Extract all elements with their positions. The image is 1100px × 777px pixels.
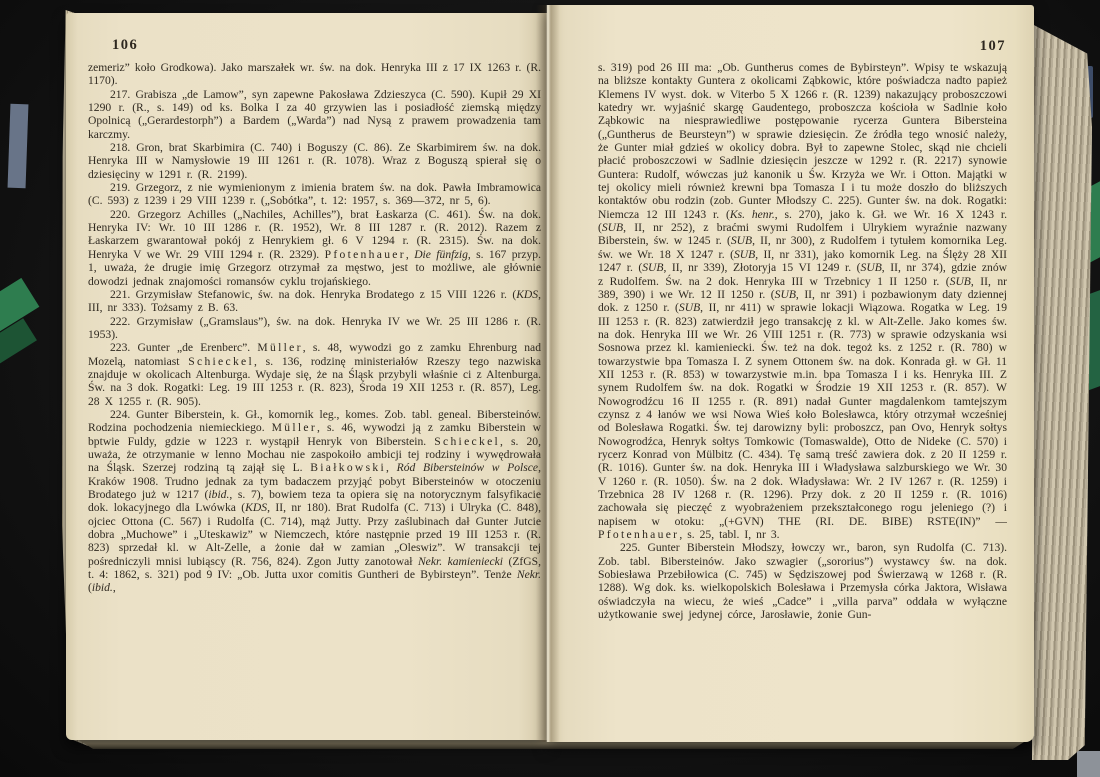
paragraph: s. 319) pod 26 III ma: „Ob. Guntherus co…: [598, 61, 1007, 541]
gray-tab-bottom-right: [1077, 751, 1100, 777]
left-page: 106 zemeriz” koło Grodkowa). Jako marsza…: [66, 13, 547, 740]
paragraph: 218. Gron, brat Skarbimira (C. 740) i Bo…: [88, 141, 541, 181]
right-page-text: s. 319) pod 26 III ma: „Ob. Guntherus co…: [598, 61, 1007, 716]
paragraph: 221. Grzymisław Stefanowic, św. na dok. …: [88, 288, 541, 315]
paragraph: 219. Grzegorz, z nie wymienionym z imien…: [88, 181, 541, 208]
blue-slip: [8, 104, 29, 189]
left-page-number: 106: [112, 37, 138, 54]
left-page-text: zemeriz” koło Grodkowa). Jako marszałek …: [88, 61, 541, 711]
paragraph: 223. Gunter „de Erenberc”. Müller, s. 48…: [88, 341, 541, 408]
book-photo: 106 zemeriz” koło Grodkowa). Jako marsza…: [0, 0, 1100, 777]
right-page: 107 s. 319) pod 26 III ma: „Ob. Guntheru…: [547, 5, 1034, 742]
paragraph: 224. Gunter Biberstein, k. Gł., komornik…: [88, 408, 541, 595]
paragraph: 222. Grzymisław („Gramslaus”), św. na do…: [88, 315, 541, 342]
right-page-number: 107: [980, 38, 1006, 55]
paragraph: 225. Gunter Biberstein Młodszy, łowczy w…: [598, 541, 1007, 621]
page-edge-stack-right: [1032, 24, 1092, 760]
paragraph: 220. Grzegorz Achilles („Nachiles, Achil…: [88, 208, 541, 288]
paragraph: 217. Grabisza „de Lamow”, syn zapewne Pa…: [88, 88, 541, 141]
paragraph: zemeriz” koło Grodkowa). Jako marszałek …: [88, 61, 541, 88]
